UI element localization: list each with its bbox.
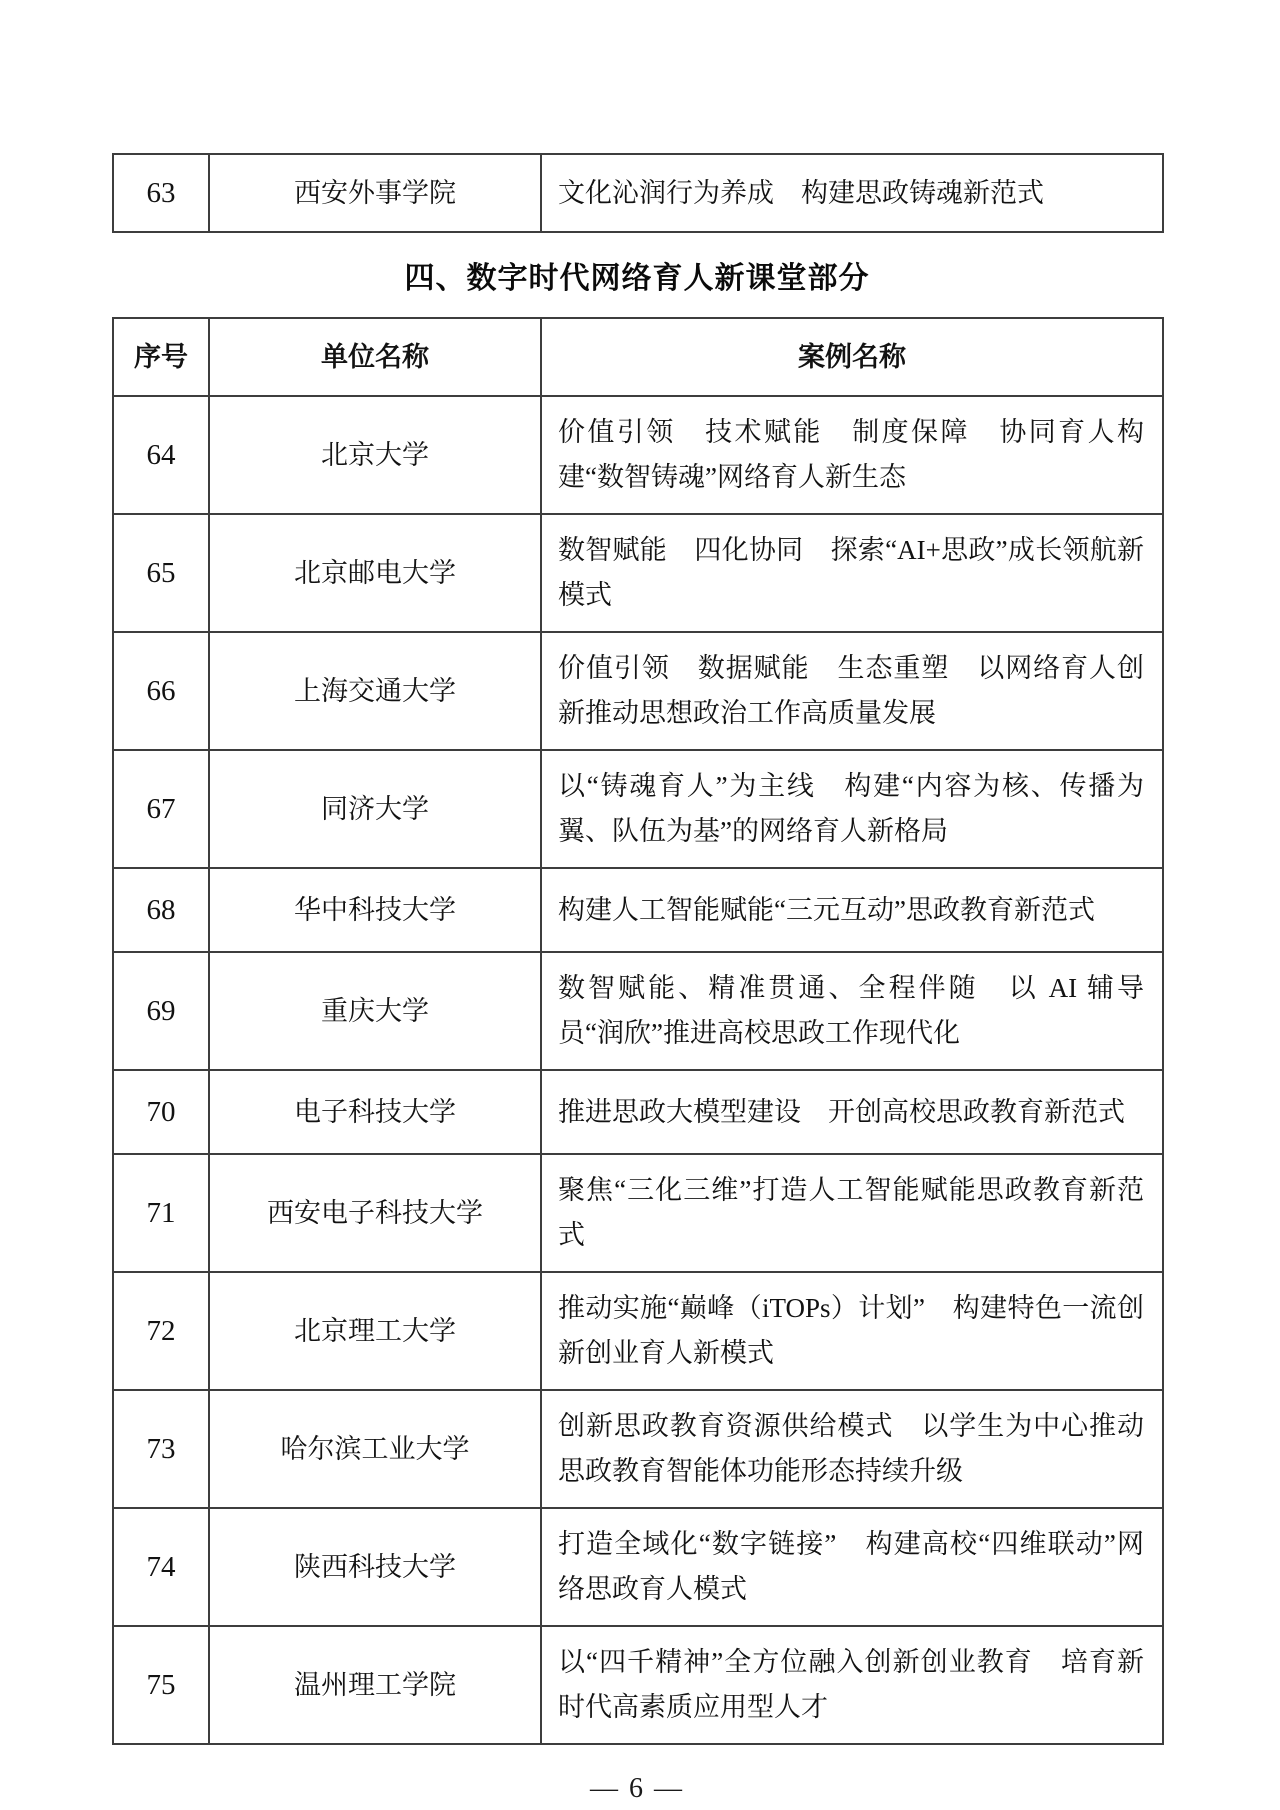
row-number-cell: 72 [113, 1272, 209, 1390]
row-number-cell: 73 [113, 1390, 209, 1508]
row-number-cell: 69 [113, 952, 209, 1070]
row-number-cell: 68 [113, 868, 209, 952]
table-row: 70 电子科技大学 推进思政大模型建设 开创高校思政教育新范式 [113, 1070, 1163, 1154]
row-number-cell: 67 [113, 750, 209, 868]
table-row: 71 西安电子科技大学 聚焦“三化三维”打造人工智能赋能思政教育新范式 [113, 1154, 1163, 1272]
case-name-cell: 打造全域化“数字链接” 构建高校“四维联动”网络思政育人模式 [541, 1508, 1163, 1626]
row-number-cell: 65 [113, 514, 209, 632]
unit-name-cell: 哈尔滨工业大学 [209, 1390, 541, 1508]
unit-name-cell: 同济大学 [209, 750, 541, 868]
column-header-no: 序号 [113, 318, 209, 396]
table-row: 75 温州理工学院 以“四千精神”全方位融入创新创业教育 培育新时代高素质应用型… [113, 1626, 1163, 1744]
row-number-cell: 70 [113, 1070, 209, 1154]
cases-table: 序号 单位名称 案例名称 64 北京大学 价值引领 技术赋能 制度保障 协同育人… [112, 317, 1164, 1745]
case-name-cell: 推进思政大模型建设 开创高校思政教育新范式 [541, 1070, 1163, 1154]
carryover-table: 63 西安外事学院 文化沁润行为养成 构建思政铸魂新范式 [112, 153, 1164, 233]
unit-name-cell: 电子科技大学 [209, 1070, 541, 1154]
column-header-unit: 单位名称 [209, 318, 541, 396]
row-number-cell: 63 [113, 154, 209, 232]
table-row: 64 北京大学 价值引领 技术赋能 制度保障 协同育人构建“数智铸魂”网络育人新… [113, 396, 1163, 514]
page-number: — 6 — [112, 1767, 1162, 1810]
row-number-cell: 71 [113, 1154, 209, 1272]
table-row: 72 北京理工大学 推动实施“巅峰（iTOPs）计划” 构建特色一流创新创业育人… [113, 1272, 1163, 1390]
row-number-cell: 75 [113, 1626, 209, 1744]
table-row: 69 重庆大学 数智赋能、精准贯通、全程伴随 以 AI 辅导员“润欣”推进高校思… [113, 952, 1163, 1070]
table-row: 63 西安外事学院 文化沁润行为养成 构建思政铸魂新范式 [113, 154, 1163, 232]
unit-name-cell: 北京大学 [209, 396, 541, 514]
case-name-cell: 创新思政教育资源供给模式 以学生为中心推动思政教育智能体功能形态持续升级 [541, 1390, 1163, 1508]
table-row: 68 华中科技大学 构建人工智能赋能“三元互动”思政教育新范式 [113, 868, 1163, 952]
case-name-cell: 构建人工智能赋能“三元互动”思政教育新范式 [541, 868, 1163, 952]
case-name-cell: 以“铸魂育人”为主线 构建“内容为核、传播为翼、队伍为基”的网络育人新格局 [541, 750, 1163, 868]
table-row: 74 陕西科技大学 打造全域化“数字链接” 构建高校“四维联动”网络思政育人模式 [113, 1508, 1163, 1626]
case-name-cell: 以“四千精神”全方位融入创新创业教育 培育新时代高素质应用型人才 [541, 1626, 1163, 1744]
section-heading: 四、数字时代网络育人新课堂部分 [112, 257, 1162, 301]
row-number-cell: 66 [113, 632, 209, 750]
unit-name-cell: 温州理工学院 [209, 1626, 541, 1744]
document-page: 63 西安外事学院 文化沁润行为养成 构建思政铸魂新范式 四、数字时代网络育人新… [0, 0, 1280, 1810]
case-name-cell: 文化沁润行为养成 构建思政铸魂新范式 [541, 154, 1163, 232]
table-row: 65 北京邮电大学 数智赋能 四化协同 探索“AI+思政”成长领航新模式 [113, 514, 1163, 632]
table-row: 67 同济大学 以“铸魂育人”为主线 构建“内容为核、传播为翼、队伍为基”的网络… [113, 750, 1163, 868]
case-name-cell: 价值引领 技术赋能 制度保障 协同育人构建“数智铸魂”网络育人新生态 [541, 396, 1163, 514]
row-number-cell: 64 [113, 396, 209, 514]
table-row: 73 哈尔滨工业大学 创新思政教育资源供给模式 以学生为中心推动思政教育智能体功… [113, 1390, 1163, 1508]
case-name-cell: 推动实施“巅峰（iTOPs）计划” 构建特色一流创新创业育人新模式 [541, 1272, 1163, 1390]
column-header-case: 案例名称 [541, 318, 1163, 396]
unit-name-cell: 西安外事学院 [209, 154, 541, 232]
row-number-cell: 74 [113, 1508, 209, 1626]
case-name-cell: 数智赋能、精准贯通、全程伴随 以 AI 辅导员“润欣”推进高校思政工作现代化 [541, 952, 1163, 1070]
case-name-cell: 价值引领 数据赋能 生态重塑 以网络育人创新推动思想政治工作高质量发展 [541, 632, 1163, 750]
table-header-row: 序号 单位名称 案例名称 [113, 318, 1163, 396]
unit-name-cell: 华中科技大学 [209, 868, 541, 952]
page-content: 63 西安外事学院 文化沁润行为养成 构建思政铸魂新范式 四、数字时代网络育人新… [112, 0, 1162, 1810]
unit-name-cell: 北京邮电大学 [209, 514, 541, 632]
unit-name-cell: 陕西科技大学 [209, 1508, 541, 1626]
unit-name-cell: 重庆大学 [209, 952, 541, 1070]
case-name-cell: 聚焦“三化三维”打造人工智能赋能思政教育新范式 [541, 1154, 1163, 1272]
unit-name-cell: 北京理工大学 [209, 1272, 541, 1390]
table-row: 66 上海交通大学 价值引领 数据赋能 生态重塑 以网络育人创新推动思想政治工作… [113, 632, 1163, 750]
unit-name-cell: 上海交通大学 [209, 632, 541, 750]
unit-name-cell: 西安电子科技大学 [209, 1154, 541, 1272]
case-name-cell: 数智赋能 四化协同 探索“AI+思政”成长领航新模式 [541, 514, 1163, 632]
